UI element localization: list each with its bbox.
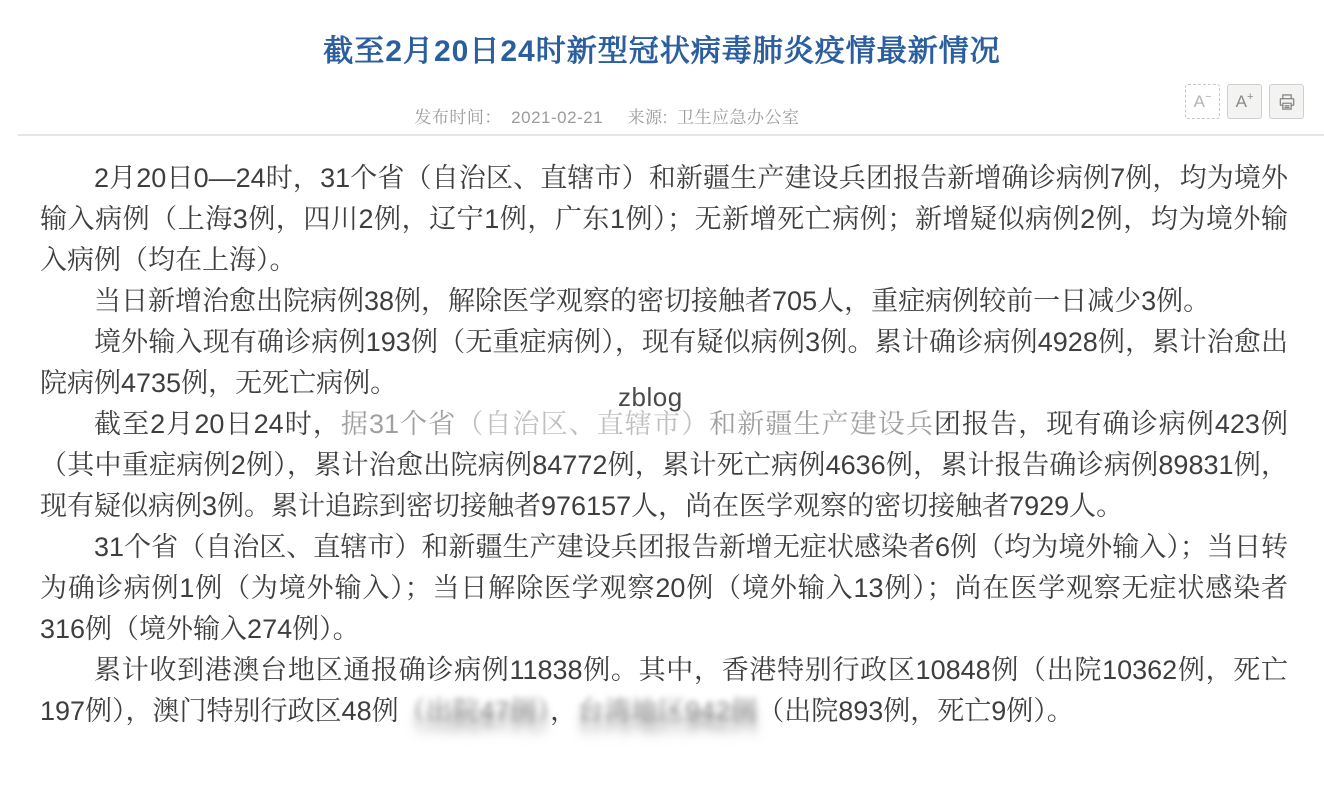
article-paragraph: 累计收到港澳台地区通报确诊病例11838例。其中，香港特别行政区10848例（出… (40, 650, 1288, 732)
paragraph-segment: （出院47例） (399, 696, 551, 726)
paragraph-segment: （出院893例，死亡9例）。 (757, 696, 1074, 726)
paragraph-segment: 当日新增治愈出院病例38例，解除医学观察的密切接触者705人，重症病例较前一日减… (94, 286, 1210, 316)
paragraph-segment: 台湾地区942例 (577, 696, 757, 726)
page-toolbar: A− A+ (1185, 84, 1304, 119)
article-paragraph: 当日新增治愈出院病例38例，解除医学观察的密切接触者705人，重症病例较前一日减… (40, 281, 1288, 322)
paragraph-segment: 境外输入现有确诊病例193例（无重症病例），现有疑似病例3例。累计确诊病例492… (40, 327, 1288, 398)
article-paragraph: 境外输入现有确诊病例193例（无重症病例），现有疑似病例3例。累计确诊病例492… (40, 322, 1288, 404)
page-title: 截至2月20日24时新型冠状病毒肺炎疫情最新情况 (0, 0, 1324, 70)
publish-time-value: 2021-02-21 (511, 108, 603, 127)
publish-time-label: 发布时间： (414, 108, 502, 127)
article-paragraph: 2月20日0—24时，31个省（自治区、直辖市）和新疆生产建设兵团报告新增确诊病… (40, 158, 1288, 281)
paragraph-segment: （自治区、直辖市） (456, 409, 709, 439)
paragraph-segment: 和新疆生产建设兵 (709, 409, 934, 439)
paragraph-segment: 据31个省 (341, 409, 456, 439)
article-meta: 发布时间： 2021-02-21 来源: 卫生应急办公室 (0, 103, 1214, 128)
paragraph-segment: 2月20日0—24时，31个省（自治区、直辖市）和新疆生产建设兵团报告新增确诊病… (40, 163, 1288, 275)
paragraph-segment: 截至2月20日24时， (94, 409, 341, 439)
font-increase-button[interactable]: A+ (1227, 84, 1262, 119)
paragraph-segment: 31个省（自治区、直辖市）和新疆生产建设兵团报告新增无症状感染者6例（均为境外输… (40, 532, 1288, 644)
source-label: 来源: (628, 108, 668, 127)
paragraph-segment: ， (550, 696, 577, 726)
article-paragraph: 31个省（自治区、直辖市）和新疆生产建设兵团报告新增无症状感染者6例（均为境外输… (40, 527, 1288, 650)
article-header: 截至2月20日24时新型冠状病毒肺炎疫情最新情况 发布时间： 2021-02-2… (0, 0, 1324, 134)
font-decrease-button[interactable]: A− (1185, 84, 1220, 119)
printer-icon (1277, 92, 1297, 112)
print-button[interactable] (1269, 84, 1304, 119)
article-body: 2月20日0—24时，31个省（自治区、直辖市）和新疆生产建设兵团报告新增确诊病… (0, 136, 1324, 732)
article-paragraph: 截至2月20日24时，据31个省（自治区、直辖市）和新疆生产建设兵团报告，现有确… (40, 404, 1288, 527)
source-value: 卫生应急办公室 (677, 108, 800, 127)
